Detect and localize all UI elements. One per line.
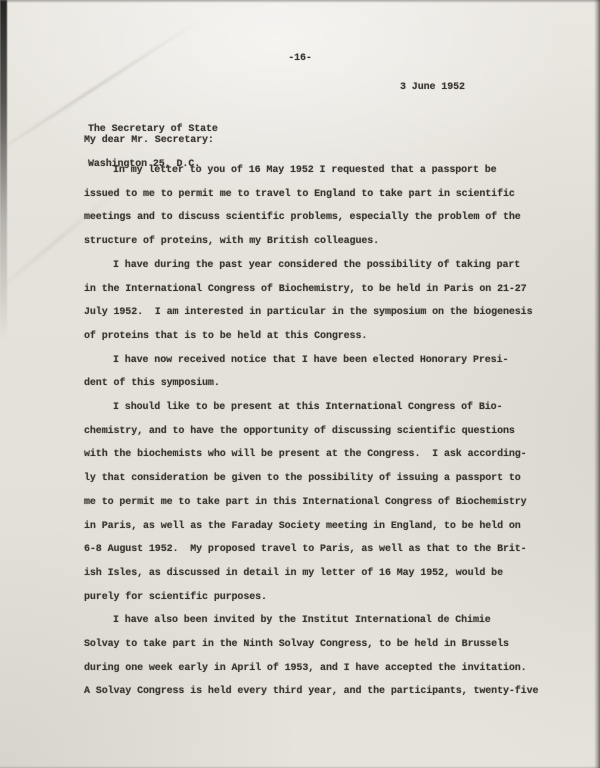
body-line: ly that consideration be given to the po… xyxy=(84,467,559,491)
body-line: of proteins that is to be held at this C… xyxy=(84,325,559,349)
body-line: I should like to be present at this Inte… xyxy=(84,396,559,420)
body-line: in Paris, as well as the Faraday Society… xyxy=(84,515,559,539)
recipient-line: The Secretary of State xyxy=(88,124,218,136)
page-number: -16- xyxy=(0,53,600,64)
body-line: I have now received notice that I have b… xyxy=(84,349,559,373)
scanned-letter-page: -16- 3 June 1952 The Secretary of State … xyxy=(0,0,600,768)
body-line: chemistry, and to have the opportunity o… xyxy=(84,420,559,444)
body-line: dent of this symposium. xyxy=(84,372,559,396)
scan-edge-top xyxy=(0,0,600,3)
date-line: 3 June 1952 xyxy=(400,82,465,93)
body-line: Solvay to take part in the Ninth Solvay … xyxy=(84,633,559,657)
body-line: during one week early in April of 1953, … xyxy=(84,657,559,681)
letter-body: In my letter to you of 16 May 1952 I req… xyxy=(84,159,559,704)
body-line: purely for scientific purposes. xyxy=(84,586,559,610)
body-line: meetings and to discuss scientific probl… xyxy=(84,206,559,230)
body-line: I have also been invited by the Institut… xyxy=(84,609,559,633)
body-line: 6-8 August 1952. My proposed travel to P… xyxy=(84,538,559,562)
body-line: I have during the past year considered t… xyxy=(84,254,559,278)
salutation: My dear Mr. Secretary: xyxy=(84,135,214,146)
body-line: July 1952. I am interested in particular… xyxy=(84,301,559,325)
body-line: in the International Congress of Biochem… xyxy=(84,278,559,302)
body-line: with the biochemists who will be present… xyxy=(84,443,559,467)
scan-edge-right xyxy=(594,0,600,768)
body-line: me to permit me to take part in this Int… xyxy=(84,491,559,515)
body-line: issued to me to permit me to travel to E… xyxy=(84,183,559,207)
body-line: ish Isles, as discussed in detail in my … xyxy=(84,562,559,586)
body-line: A Solvay Congress is held every third ye… xyxy=(84,680,559,704)
body-line: In my letter to you of 16 May 1952 I req… xyxy=(84,159,559,183)
scan-edge-left xyxy=(0,0,7,340)
body-line: structure of proteins, with my British c… xyxy=(84,230,559,254)
